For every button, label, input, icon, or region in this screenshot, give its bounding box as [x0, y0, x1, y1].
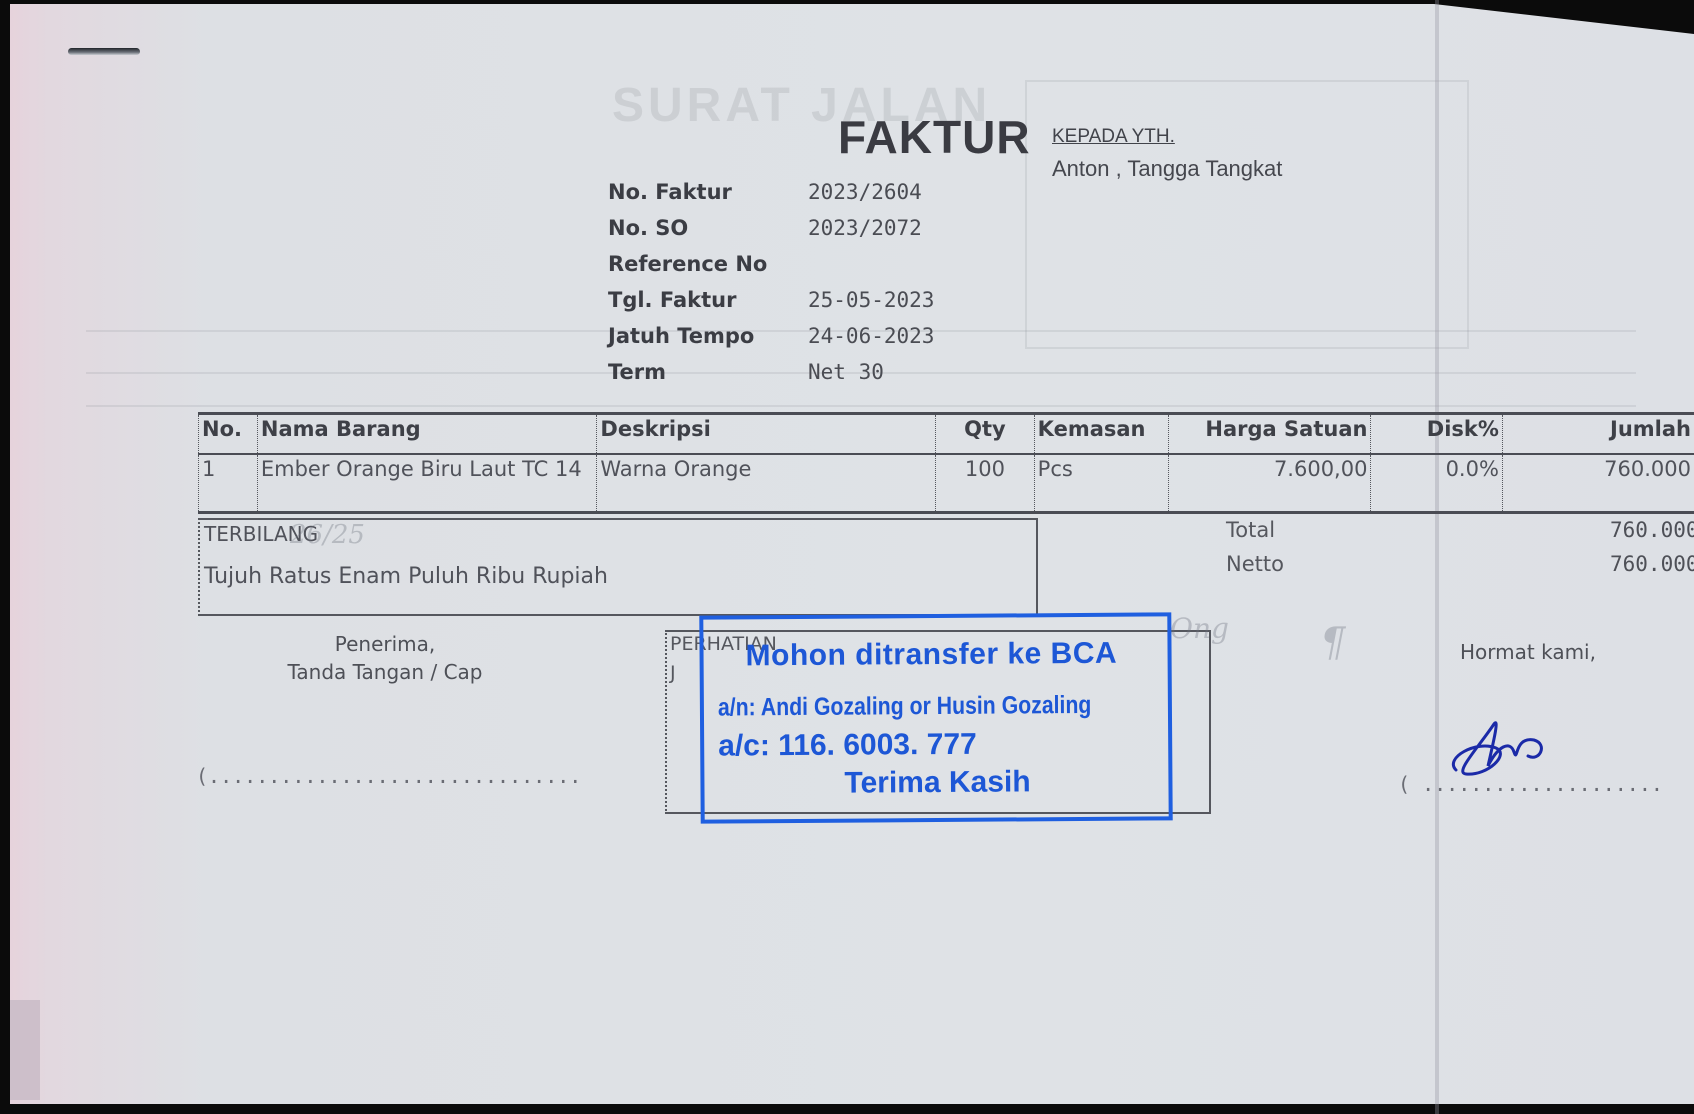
- receiver-label: Penerima,: [255, 630, 515, 658]
- perhatian-text: J: [670, 662, 676, 684]
- meta-label: Term: [608, 360, 666, 384]
- recipient-name: Anton , Tangga Tangkat: [1052, 156, 1282, 182]
- stamp-line-1: Mohon ditransfer ke BCA: [745, 637, 1117, 674]
- meta-row-tgl-faktur: Tgl. Faktur 25-05-2023: [608, 288, 1008, 324]
- meta-row-no-so: No. SO 2023/2072: [608, 216, 1008, 252]
- meta-row-reference-no: Reference No: [608, 252, 1008, 288]
- ghost-box: [1025, 80, 1469, 349]
- cell-kemasan: Pcs: [1034, 454, 1169, 513]
- invoice-meta: No. Faktur 2023/2604 No. SO 2023/2072 Re…: [608, 180, 1008, 396]
- receiver-signature-line: (.......................................…: [196, 764, 581, 788]
- col-header-qty: Qty: [936, 414, 1035, 455]
- cell-qty: 100: [936, 454, 1035, 513]
- meta-value: 2023/2604: [808, 180, 922, 204]
- cell-disk: 0.0%: [1371, 454, 1502, 513]
- stamp-account-name: a/n: Andi Gozaling or Husin Gozaling: [718, 691, 1092, 723]
- terbilang-text: Tujuh Ratus Enam Puluh Ribu Rupiah: [204, 564, 608, 589]
- meta-value: 2023/2072: [808, 216, 922, 240]
- meta-value: 24-06-2023: [808, 324, 934, 348]
- total-label: Total: [1226, 518, 1275, 542]
- total-value: 760.000: [1610, 518, 1694, 542]
- faint-pencil-mark: ¶: [1320, 620, 1345, 666]
- meta-row-jatuh-tempo: Jatuh Tempo 24-06-2023: [608, 324, 1008, 360]
- meta-row-term: Term Net 30: [608, 360, 1008, 396]
- carbon-copy-edge: [10, 1000, 40, 1100]
- document-title: FAKTUR: [838, 110, 1031, 164]
- sender-label: Hormat kami,: [1460, 640, 1596, 664]
- meta-row-no-faktur: No. Faktur 2023/2604: [608, 180, 1008, 216]
- table-row: 1 Ember Orange Biru Laut TC 14 Warna Ora…: [199, 454, 1694, 513]
- col-header-kemasan: Kemasan: [1034, 414, 1169, 455]
- col-header-deskripsi: Deskripsi: [597, 414, 936, 455]
- sender-signature-line: ( ................................. ): [1398, 772, 1666, 796]
- meta-label: Reference No: [608, 252, 767, 276]
- cell-jumlah: 760.000: [1502, 454, 1694, 513]
- cell-deskripsi: Warna Orange: [597, 454, 936, 513]
- receiver-signature-block: Penerima, Tanda Tangan / Cap: [255, 630, 515, 686]
- col-header-no: No.: [199, 414, 258, 455]
- col-header-harga-satuan: Harga Satuan: [1169, 414, 1371, 455]
- cell-no: 1: [199, 454, 258, 513]
- col-header-nama-barang: Nama Barang: [257, 414, 597, 455]
- col-header-jumlah: Jumlah: [1502, 414, 1694, 455]
- cell-nama-barang: Ember Orange Biru Laut TC 14: [257, 454, 597, 513]
- stamp-account-number: a/c: 116. 6003. 777: [718, 728, 977, 764]
- faint-pencil-mark: Ong: [1170, 612, 1229, 645]
- ghost-line: [86, 405, 1636, 407]
- receiver-sublabel: Tanda Tangan / Cap: [255, 658, 515, 686]
- meta-label: No. Faktur: [608, 180, 732, 204]
- netto-value: 760.000: [1610, 552, 1694, 576]
- meta-label: Jatuh Tempo: [608, 324, 754, 348]
- bank-transfer-stamp: Mohon ditransfer ke BCA a/n: Andi Gozali…: [699, 612, 1172, 823]
- meta-value: 25-05-2023: [808, 288, 934, 312]
- items-table: No. Nama Barang Deskripsi Qty Kemasan Ha…: [198, 412, 1694, 514]
- fold-line: [1435, 0, 1439, 1114]
- netto-label: Netto: [1226, 552, 1284, 576]
- recipient-label: KEPADA YTH.: [1052, 126, 1175, 148]
- table-header-row: No. Nama Barang Deskripsi Qty Kemasan Ha…: [199, 414, 1694, 455]
- meta-label: No. SO: [608, 216, 688, 240]
- staple-icon: [68, 48, 140, 55]
- handwritten-note: 26/25: [290, 520, 365, 550]
- cell-harga-satuan: 7.600,00: [1169, 454, 1371, 513]
- meta-value: Net 30: [808, 360, 884, 384]
- col-header-disk: Disk%: [1371, 414, 1502, 455]
- stamp-thanks: Terima Kasih: [844, 765, 1030, 800]
- signature-icon: [1448, 718, 1558, 780]
- meta-label: Tgl. Faktur: [608, 288, 736, 312]
